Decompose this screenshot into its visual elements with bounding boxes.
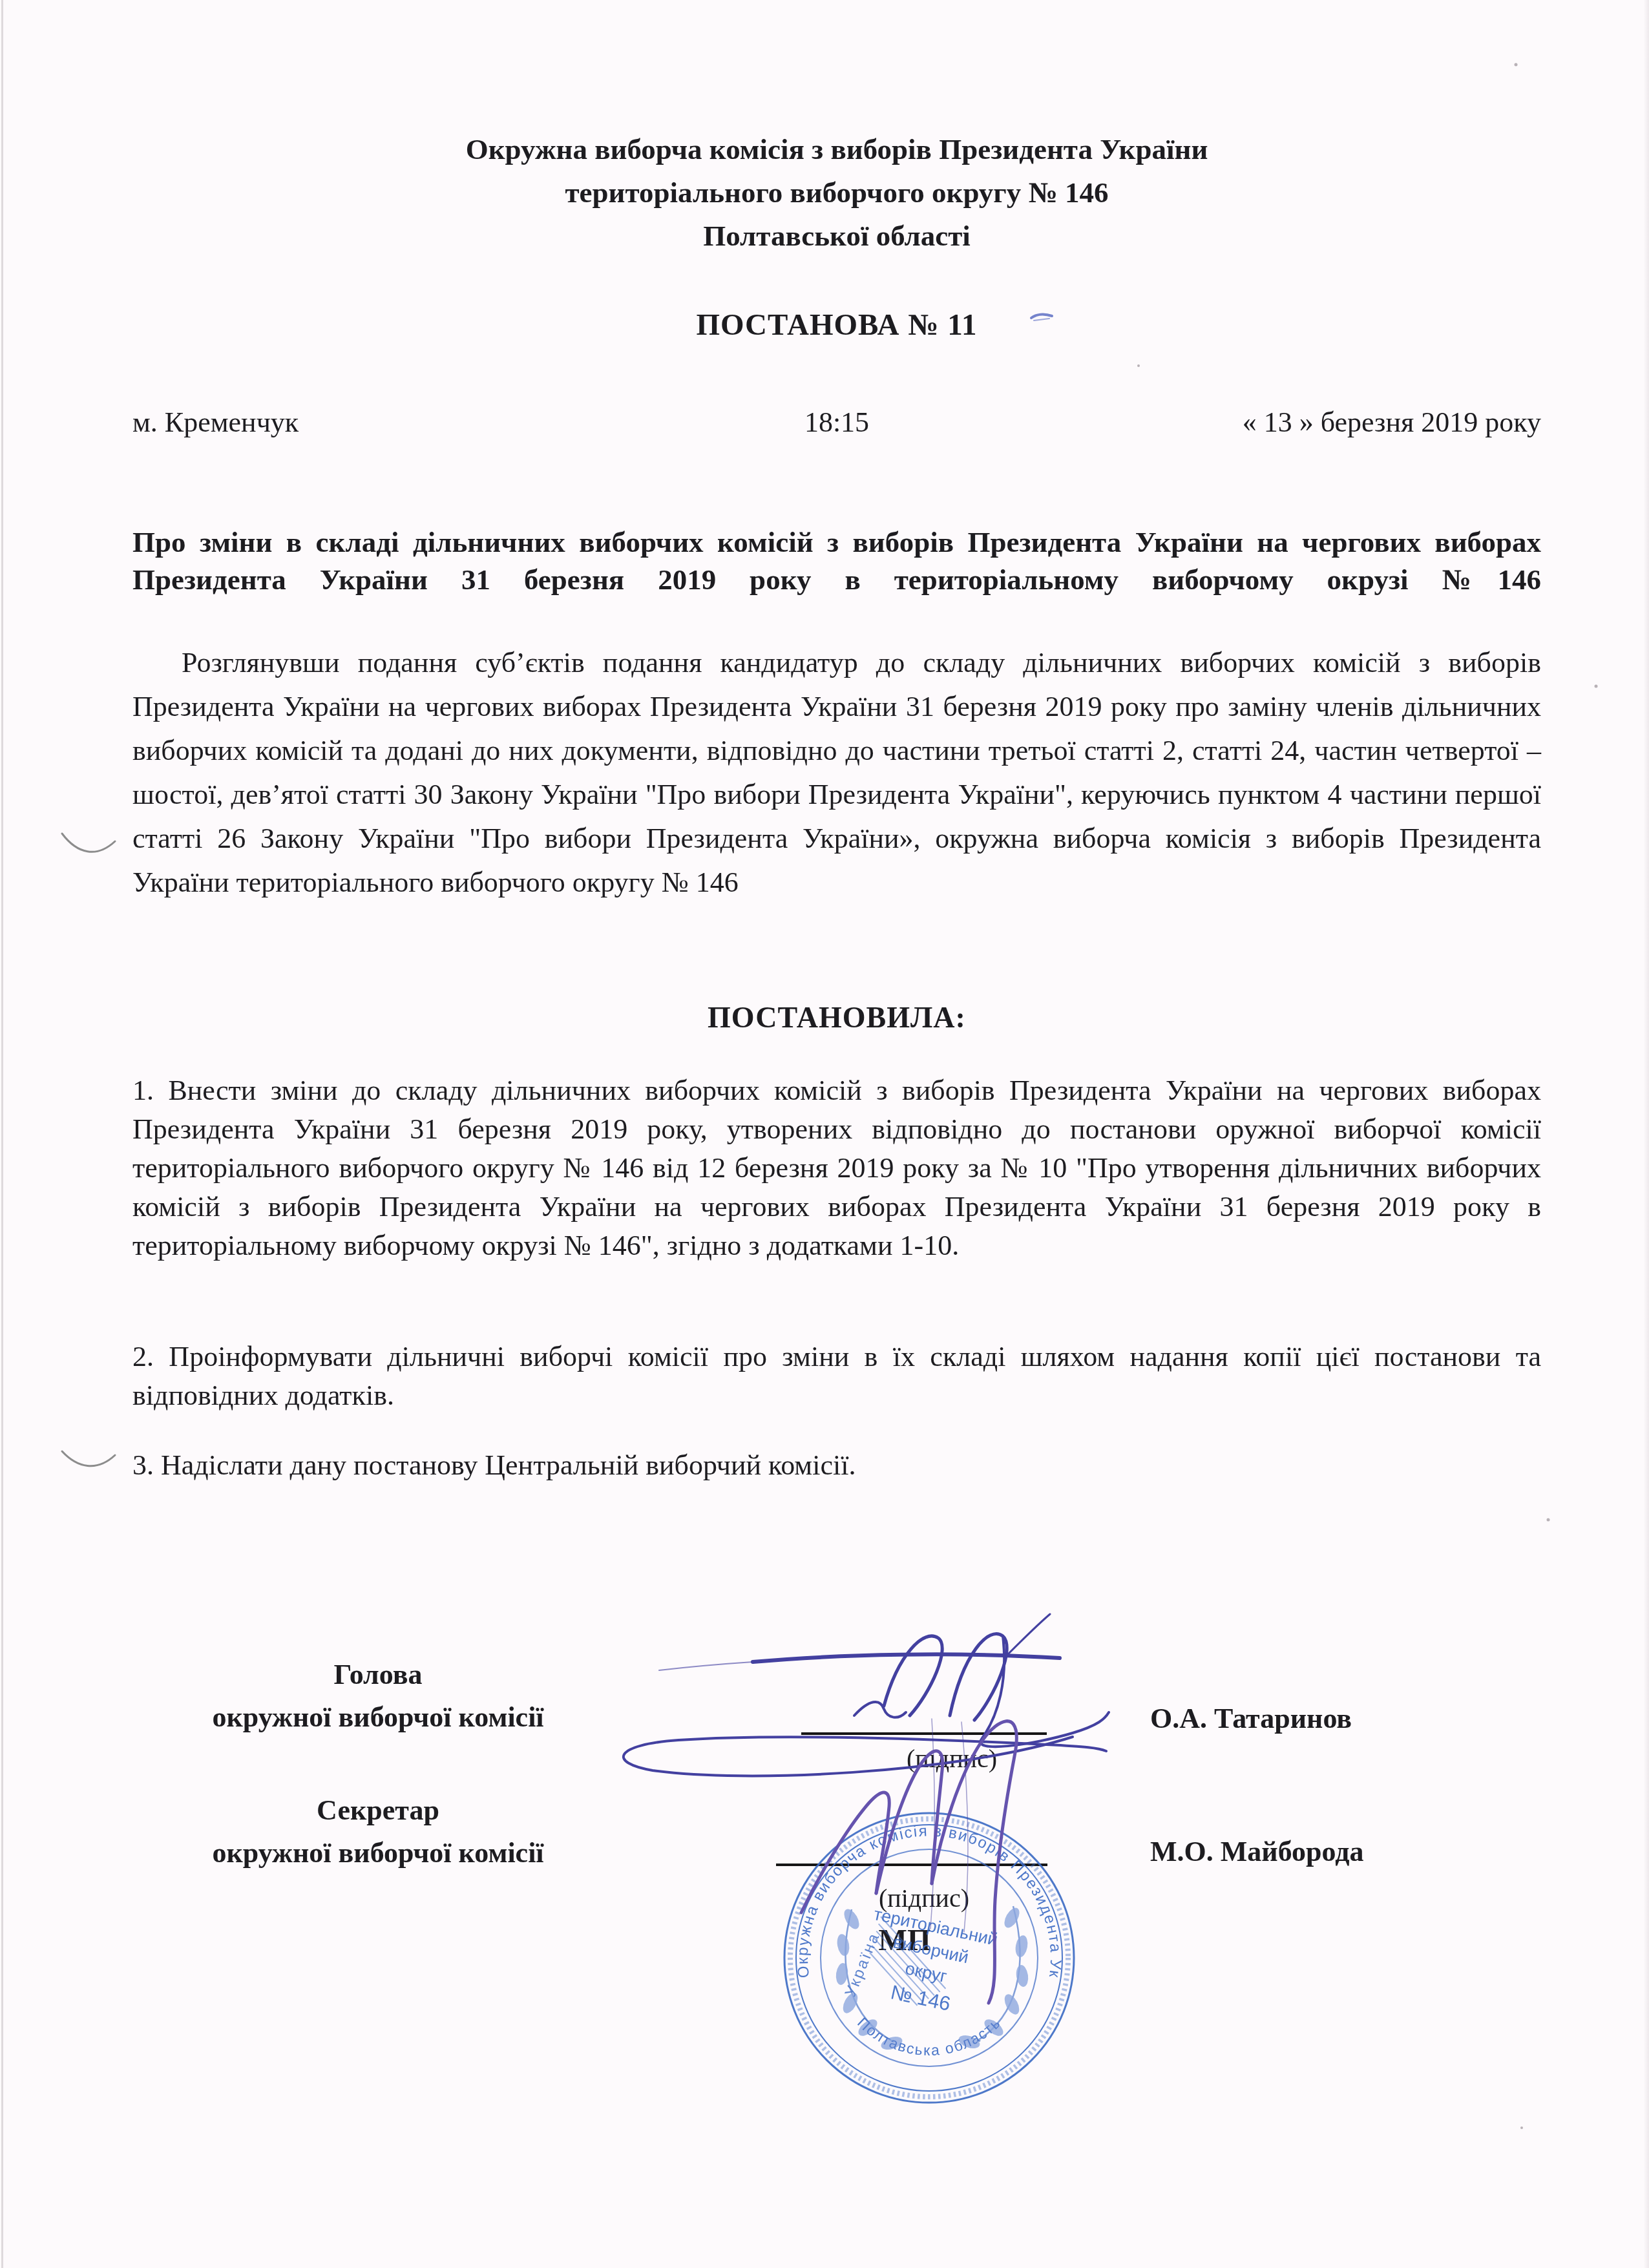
meta-time: 18:15: [804, 406, 869, 439]
commission-name-line2: територіального виборчого округу № 146: [132, 171, 1541, 215]
resolution-item-3: 3. Надіслати дану постанову Центральній …: [132, 1446, 1541, 1485]
svg-text:округ: округ: [903, 1958, 949, 1986]
preamble-paragraph: Розглянувши подання суб’єктів подання ка…: [132, 641, 1541, 905]
resolved-heading: ПОСТАНОВИЛА:: [132, 1000, 1541, 1034]
meta-date: « 13 » березня 2019 року: [869, 406, 1541, 439]
document-title: ПОСТАНОВА № 11: [132, 308, 1541, 342]
stamp-side-text: Україна: [842, 1929, 884, 1999]
commission-name-line3: Полтавської області: [132, 215, 1541, 258]
head-signature-caption: (підпис): [855, 1743, 1049, 1774]
scanned-document-page: Окружна виборча комісія з виборів Презид…: [0, 0, 1649, 2268]
meta-city: м. Кременчук: [132, 406, 804, 439]
round-commission-stamp: Окружна виборча комісія з виборів Презид…: [779, 1808, 1079, 2108]
resolution-item-1: 1. Внести зміни до складу дільничних виб…: [132, 1071, 1541, 1265]
head-role-line1: Голова: [181, 1658, 575, 1691]
stamp-bottom-text: Полтавська область: [854, 2014, 1004, 2059]
secretary-name: М.О. Майборода: [1150, 1835, 1428, 1868]
meta-row: м. Кременчук 18:15 « 13 » березня 2019 р…: [132, 406, 1541, 439]
secretary-role-line1: Секретар: [181, 1794, 575, 1827]
subject-heading: Про зміни в складі дільничних виборчих к…: [132, 523, 1541, 598]
head-role-line2: окружної виборчої комісії: [181, 1701, 575, 1734]
stamp-bottom-text-container: Полтавська область: [854, 2014, 1004, 2059]
margin-check-marks: [62, 834, 115, 1466]
commission-name-line1: Окружна виборча комісія з виборів Презид…: [132, 128, 1541, 171]
head-signature-line: [801, 1732, 1047, 1735]
secretary-role-line2: окружної виборчої комісії: [181, 1836, 575, 1869]
resolution-item-2: 2. Проінформувати дільничні виборчі комі…: [132, 1338, 1541, 1415]
commission-header: Окружна виборча комісія з виборів Презид…: [132, 128, 1541, 258]
stamp-center-text: територіальний виборчий округ № 146: [857, 1904, 1000, 2022]
head-name: О.А. Татаринов: [1150, 1702, 1428, 1735]
